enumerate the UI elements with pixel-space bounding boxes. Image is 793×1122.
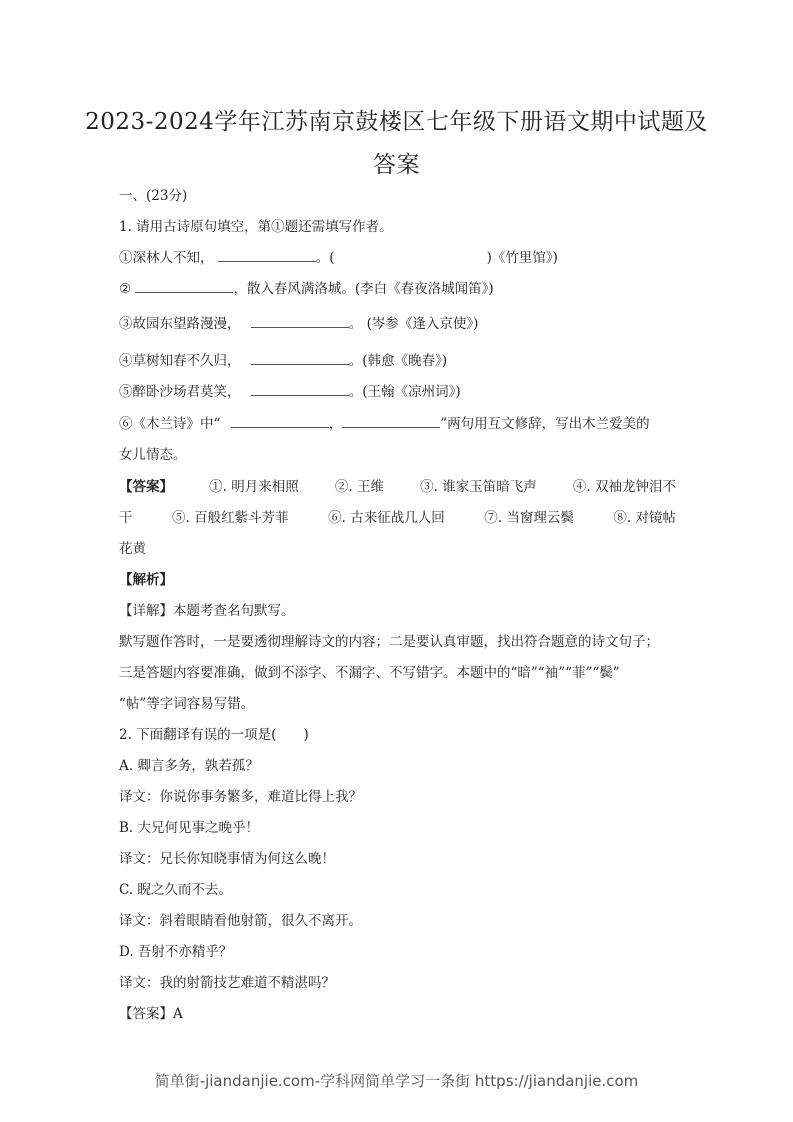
- explanation-line-2: 三是答题内容要准确，做到不添字、不漏字、不写错字。本题中的“暗”“袖”“菲”“鬓…: [119, 664, 679, 682]
- item-text: ①深林人不知，: [119, 250, 214, 266]
- q2-answer: 【答案】A: [119, 1005, 679, 1023]
- q1-item-3: ③故园东望路漫漫， 。 (岑参《逢入京使》): [119, 315, 679, 333]
- item-text: 。(韩愈《晚春》): [349, 353, 447, 369]
- item-text: ，: [329, 416, 343, 432]
- answer-item: ⑦. 当窗理云鬓: [484, 509, 574, 527]
- q2-option-d-translation: 译文：我的射箭技艺难道不精湛吗？: [119, 974, 679, 992]
- q2-option-d: D. 吾射不亦精乎？: [119, 943, 679, 961]
- explanation-line-1: 默写题作答时，一是要透彻理解诗文的内容；二是要认真审题，找出符合题意的诗文句子；: [119, 633, 679, 651]
- footer-watermark: 简单街-jiandanjie.com-学科网简单学习一条街 https://ji…: [0, 1070, 793, 1091]
- fill-blank[interactable]: [251, 315, 349, 328]
- item-text: 。(: [316, 250, 335, 266]
- item-text: ，散入春风满洛城。(李白《春夜洛城闻笛》): [233, 281, 493, 297]
- fill-blank[interactable]: [218, 249, 316, 262]
- section-heading: 一、(23分): [119, 187, 679, 205]
- item-text: )《竹里馆》): [487, 250, 558, 266]
- answer-label: 【答案】: [119, 478, 173, 496]
- q1-item-4: ④草树知春不久归， 。(韩愈《晚春》): [119, 352, 679, 370]
- answer-item: ⑥. 古来征战几人回: [328, 509, 445, 527]
- detail-heading: 【详解】本题考查名句默写。: [119, 602, 679, 620]
- item-text: ④草树知春不久归，: [119, 353, 241, 369]
- q2-option-b: B. 大兄何见事之晚乎！: [119, 819, 679, 837]
- q1-item-1: ①深林人不知， 。()《竹里馆》): [119, 249, 679, 267]
- fill-blank[interactable]: [251, 383, 349, 396]
- q1-item-6-continued: 女儿情态。: [119, 446, 679, 464]
- q2-option-c: C. 睨之久而不去。: [119, 881, 679, 899]
- fill-blank[interactable]: [231, 415, 329, 428]
- question-2-prompt: 2. 下面翻译有误的一项是( ): [119, 726, 679, 744]
- q1-item-6: ⑥《木兰诗》中“ ，”两句用互文修辞，写出木兰爱美的: [119, 415, 679, 433]
- item-text: ”两句用互文修辞，写出木兰爱美的: [440, 416, 649, 432]
- answer-item: ②. 王维: [335, 478, 384, 496]
- item-text: 。 (岑参《逢入京使》): [349, 316, 479, 332]
- answer-row-1: 【答案】 ①. 明月来相照 ②. 王维 ③. 谁家玉笛暗飞声 ④. 双袖龙钟泪不: [119, 478, 676, 496]
- q2-option-c-translation: 译文：斜着眼睛看他射箭，很久不离开。: [119, 912, 679, 930]
- answer-item: ⑤. 百般红紫斗芳菲: [172, 509, 289, 527]
- fill-blank[interactable]: [135, 280, 233, 293]
- q2-option-b-translation: 译文：兄长你知晓事情为何这么晚！: [119, 850, 679, 868]
- q2-option-a: A. 卿言多务，孰若孤？: [119, 757, 679, 775]
- answer-item: ①. 明月来相照: [209, 478, 299, 496]
- q2-option-a-translation: 译文：你说你事务繁多，难道比得上我？: [119, 788, 679, 806]
- answer-item: ③. 谁家玉笛暗飞声: [420, 478, 537, 496]
- answer-item: ⑧. 对镜帖: [613, 509, 676, 527]
- item-text: 。(王翰《凉州词》): [349, 384, 461, 400]
- item-text: ③故园东望路漫漫，: [119, 316, 241, 332]
- q1-item-2: ② ，散入春风满洛城。(李白《春夜洛城闻笛》): [119, 280, 679, 298]
- analysis-label: 【解析】: [119, 571, 679, 589]
- answer-row-2: 干 ⑤. 百般红紫斗芳菲 ⑥. 古来征战几人回 ⑦. 当窗理云鬓 ⑧. 对镜帖: [119, 509, 676, 527]
- item-text: ⑤醉卧沙场君莫笑，: [119, 384, 241, 400]
- fill-blank[interactable]: [342, 415, 440, 428]
- answer-row-3: 花黄: [119, 540, 679, 558]
- item-text: ⑥《木兰诗》中“: [119, 416, 220, 432]
- question-1-prompt: 1. 请用古诗原句填空，第①题还需填写作者。: [119, 218, 679, 236]
- document-title-line1: 2023-2024学年江苏南京鼓楼区七年级下册语文期中试题及: [0, 103, 793, 136]
- document-title-line2: 答案: [0, 146, 793, 179]
- item-text: ②: [119, 281, 135, 297]
- explanation-line-3: “帖”等字词容易写错。: [119, 695, 679, 713]
- answer-item: ④. 双袖龙钟泪不: [573, 478, 676, 496]
- fill-blank[interactable]: [251, 352, 349, 365]
- q1-item-5: ⑤醉卧沙场君莫笑， 。(王翰《凉州词》): [119, 383, 679, 401]
- answer-item: 干: [119, 509, 133, 527]
